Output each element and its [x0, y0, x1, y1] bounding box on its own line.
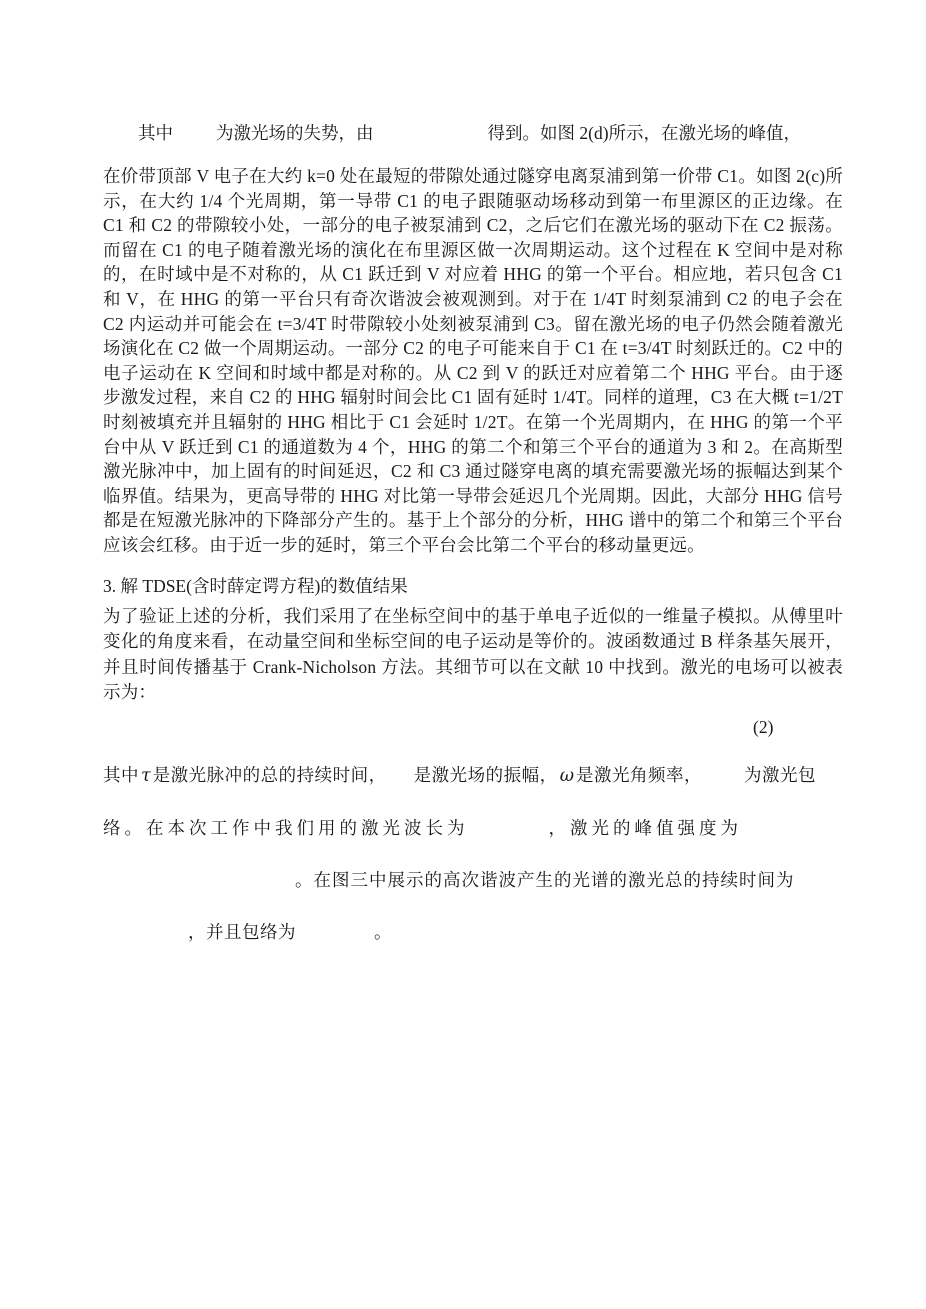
tau-symbol: τ	[139, 766, 153, 786]
body-paragraph-1: 在价带顶部 V 电子在大约 k=0 处在最短的带隙处通过隧穿电离泵浦到第一价带 …	[103, 164, 843, 558]
inline-equation-placeholder	[296, 937, 374, 938]
inline-equation-placeholder	[387, 780, 414, 781]
inline-equation-placeholder	[702, 780, 744, 781]
laser-parameters-line-4: ，并且包络为。	[103, 920, 843, 945]
inline-equation-placeholder	[173, 138, 216, 139]
lp1-text-4: 是激光角频率，	[576, 765, 702, 785]
inline-equation-placeholder	[469, 833, 549, 834]
omega-symbol: ω	[558, 766, 576, 786]
lp2-text-1: 络。在本次工作中我们用的激光波长为	[103, 818, 469, 838]
inline-equation-placeholder	[103, 937, 188, 938]
lp2-text-2: ，激光的峰值强度为	[549, 818, 743, 838]
lp1-text-5: 为激光包	[744, 765, 816, 785]
intro-text-1: 其中	[138, 123, 173, 143]
laser-parameters-line-1: 其中τ是激光脉冲的总的持续时间，是激光场的振幅，ω是激光角频率，为激光包	[103, 763, 843, 789]
lp1-text-1: 其中	[103, 765, 139, 785]
lp3-text-1: 。在图三中展示的高次谐波产生的光谱的激光总的持续时间为	[295, 870, 795, 890]
inline-equation-placeholder	[374, 138, 488, 139]
laser-parameters-line-2: 络。在本次工作中我们用的激光波长为，激光的峰值强度为	[103, 816, 843, 841]
lp4-text-1: ，并且包络为	[188, 922, 296, 942]
intro-line: 其中为激光场的失势，由得到。如图 2(d)所示，在激光场的峰值，	[103, 121, 843, 146]
section-heading: 3. 解 TDSE(含时薛定谔方程)的数值结果	[103, 574, 843, 599]
document-page: 其中为激光场的失势，由得到。如图 2(d)所示，在激光场的峰值， 在价带顶部 V…	[0, 0, 926, 1309]
lp1-text-2: 是激光脉冲的总的持续时间，	[153, 765, 387, 785]
text-column: 其中为激光场的失势，由得到。如图 2(d)所示，在激光场的峰值， 在价带顶部 V…	[103, 0, 843, 945]
inline-equation-placeholder	[103, 885, 295, 886]
intro-text-3: 得到。如图 2(d)所示，在激光场的峰值，	[488, 123, 802, 143]
laser-parameters-line-3: 。在图三中展示的高次谐波产生的光谱的激光总的持续时间为	[103, 868, 843, 893]
intro-text-2: 为激光场的失势，由	[216, 123, 374, 143]
lp1-text-3: 是激光场的振幅，	[414, 765, 558, 785]
lp4-text-2: 。	[374, 922, 392, 942]
equation-number: (2)	[753, 715, 843, 740]
section-paragraph: 为了验证上述的分析，我们采用了在坐标空间中的基于单电子近似的一维量子模拟。从傅里…	[103, 604, 843, 706]
